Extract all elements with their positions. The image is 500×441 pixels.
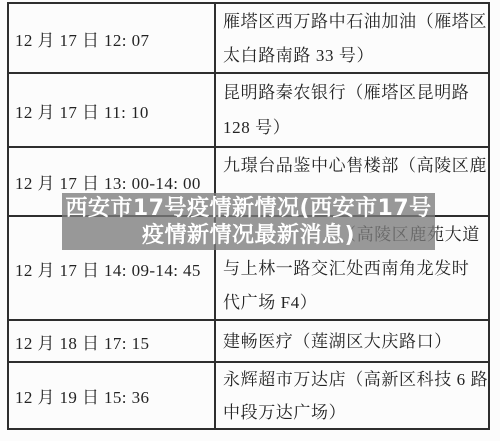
banner-title-line2: 疫情新情况最新消息) xyxy=(142,222,355,249)
time-text: 12 月 18 日 17: 15 xyxy=(15,329,149,354)
table-row: 12 月 17 日 12: 07 雁塔区西万路中石油加油（雁塔区 太白路南路 3… xyxy=(9,4,488,74)
location-cell: 永辉超市万达店（高新区科技 6 路 中段万达广场） xyxy=(216,363,488,428)
title-banner: 西安市17号疫情新情况(西安市17号 疫情新情况最新消息) xyxy=(62,193,435,250)
location-line: 昆明路秦农银行（雁塔区昆明路 xyxy=(223,75,488,110)
location-line: 太白路南路 33 号） xyxy=(223,38,488,72)
location-line: 代广场 F4） xyxy=(223,285,488,319)
location-line: 中段万达广场） xyxy=(223,396,488,429)
time-text: 12 月 17 日 12: 07 xyxy=(15,26,149,51)
location-line: 128 号） xyxy=(223,110,488,145)
table-row: 12 月 18 日 17: 15 建畅医疗（莲湖区大庆路口） xyxy=(9,321,488,363)
time-text: 12 月 17 日 13: 00-14: 00 xyxy=(15,169,201,194)
time-cell: 12 月 17 日 12: 07 xyxy=(9,4,216,72)
time-text: 12 月 17 日 14: 09-14: 45 xyxy=(15,256,201,281)
screenshot-stage: 12 月 17 日 12: 07 雁塔区西万路中石油加油（雁塔区 太白路南路 3… xyxy=(0,0,500,441)
location-line: 建畅医疗（莲湖区大庆路口） xyxy=(223,324,488,359)
time-cell: 12 月 18 日 17: 15 xyxy=(9,321,216,361)
table-row: 12 月 19 日 15: 36 永辉超市万达店（高新区科技 6 路 中段万达广… xyxy=(9,363,488,428)
location-cell: 建畅医疗（莲湖区大庆路口） xyxy=(216,321,488,361)
location-cell: 雁塔区西万路中石油加油（雁塔区 太白路南路 33 号） xyxy=(216,4,488,72)
location-line: 雁塔区西万路中石油加油（雁塔区 xyxy=(223,4,488,38)
banner-title-line1: 西安市17号疫情新情况(西安市17号 xyxy=(65,195,431,222)
time-text: 12 月 17 日 11: 10 xyxy=(15,98,149,123)
location-line: 与上林一路交汇处西南角龙发时 xyxy=(223,251,488,285)
table-row: 12 月 17 日 11: 10 昆明路秦农银行（雁塔区昆明路 128 号） xyxy=(9,74,488,148)
time-text: 12 月 19 日 15: 36 xyxy=(15,383,149,408)
location-cell: 昆明路秦农银行（雁塔区昆明路 128 号） xyxy=(216,74,488,146)
location-line: 永辉超市万达店（高新区科技 6 路 xyxy=(223,363,488,396)
time-cell: 12 月 17 日 11: 10 xyxy=(9,74,216,146)
location-line: 九璟台品鉴中心售楼部（高陵区鹿 xyxy=(223,148,488,182)
time-cell: 12 月 19 日 15: 36 xyxy=(9,363,216,428)
